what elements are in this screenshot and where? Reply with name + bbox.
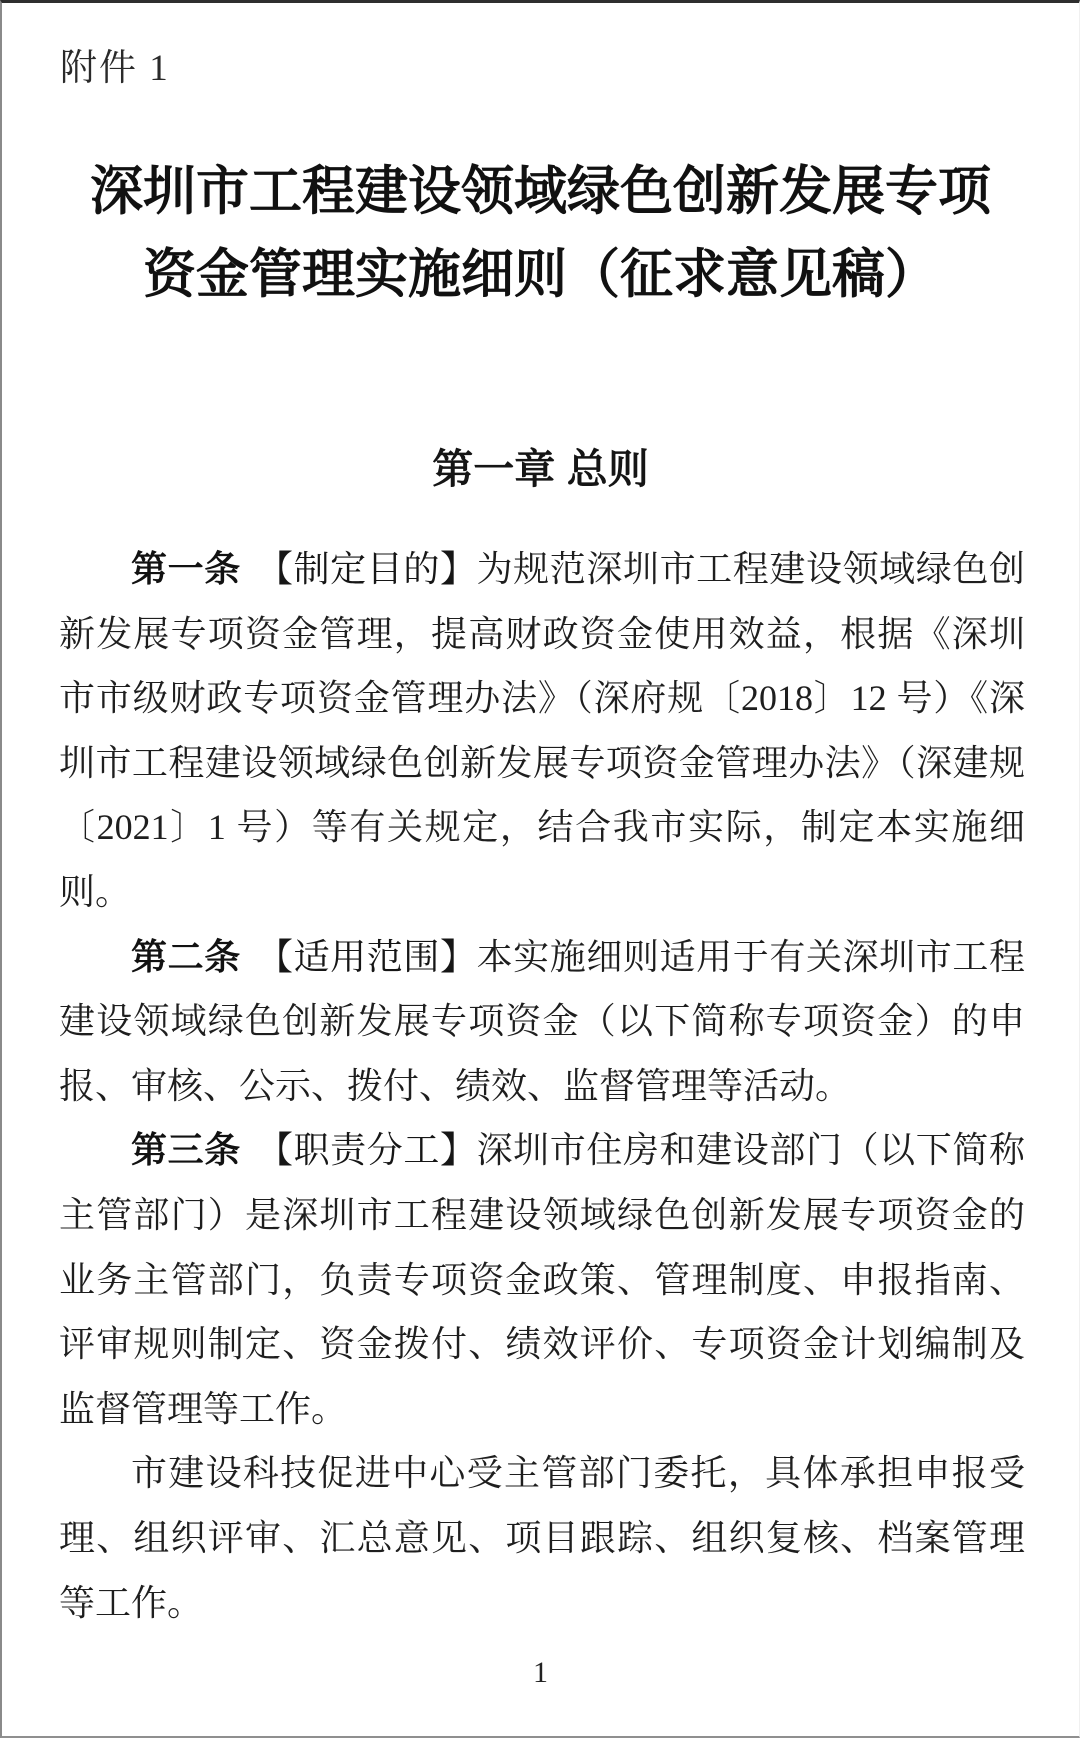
document-title-line-2: 资金管理实施细则（征求意见稿） (2, 234, 1079, 317)
article-3-number: 第三条 (131, 1129, 241, 1170)
article-1-tag: 【制定目的】 (257, 549, 477, 589)
article-2-number: 第二条 (131, 936, 241, 977)
article-2-tag: 【适用范围】 (257, 937, 477, 977)
article-paragraph-2: 第二条【适用范围】本实施细则适用于有关深圳市工程建设领域绿色创新发展专项资金（以… (59, 925, 1025, 1119)
article-3-text: 深圳市住房和建设部门（以下简称主管部门）是深圳市工程建设领域绿色创新发展专项资金… (59, 1130, 1025, 1428)
page-number: 1 (2, 1655, 1079, 1691)
document-title: 深圳市工程建设领域绿色创新发展专项 资金管理实施细则（征求意见稿） (2, 151, 1079, 317)
article-3-tag: 【职责分工】 (257, 1130, 477, 1170)
document-title-line-1: 深圳市工程建设领域绿色创新发展专项 (2, 151, 1079, 234)
article-4-text: 市建设科技促进中心受主管部门委托，具体承担申报受理、组织评审、汇总意见、项目跟踪… (59, 1453, 1025, 1622)
article-1-number: 第一条 (131, 548, 241, 589)
document-page: 附件 1 深圳市工程建设领域绿色创新发展专项 资金管理实施细则（征求意见稿） 第… (0, 0, 1080, 1738)
article-paragraph-1: 第一条【制定目的】为规范深圳市工程建设领域绿色创新发展专项资金管理，提高财政资金… (59, 537, 1025, 925)
attachment-label: 附件 1 (60, 49, 170, 90)
article-paragraph-3: 第三条【职责分工】深圳市住房和建设部门（以下简称主管部门）是深圳市工程建设领域绿… (59, 1118, 1025, 1441)
chapter-heading: 第一章 总则 (2, 447, 1079, 492)
article-1-text: 为规范深圳市工程建设领域绿色创新发展专项资金管理，提高财政资金使用效益，根据《深… (59, 549, 1025, 912)
article-paragraph-4: 市建设科技促进中心受主管部门委托，具体承担申报受理、组织评审、汇总意见、项目跟踪… (59, 1441, 1025, 1635)
document-body: 第一条【制定目的】为规范深圳市工程建设领域绿色创新发展专项资金管理，提高财政资金… (59, 537, 1025, 1635)
